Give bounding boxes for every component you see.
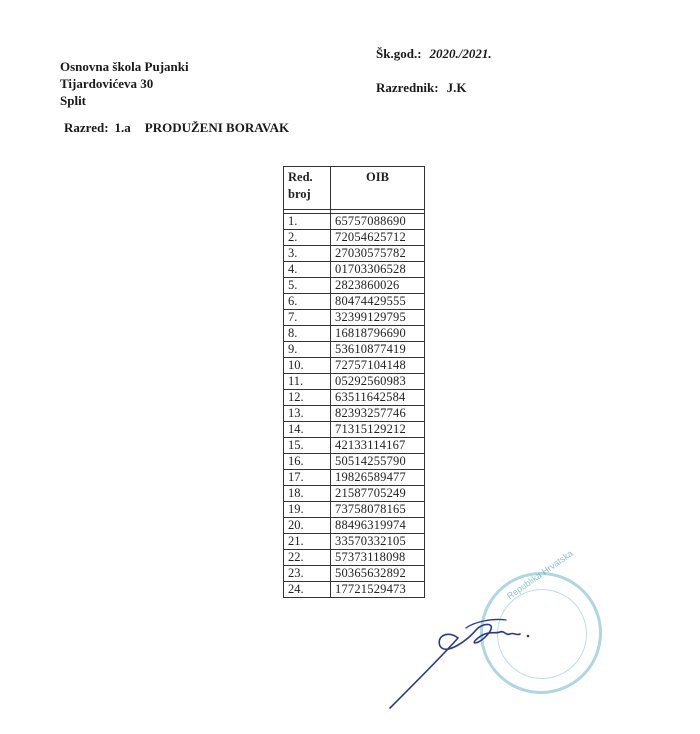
oib-table: Red.broj OIB 1.657570886902.720546257123…: [283, 166, 425, 598]
row-oib: 65757088690: [331, 214, 425, 230]
table-row: 5.2823860026: [284, 278, 425, 294]
row-oib: 2823860026: [331, 278, 425, 294]
table-row: 3.27030575782: [284, 246, 425, 262]
school-city: Split: [60, 92, 189, 109]
class-teacher: Razrednik:J.K: [376, 80, 466, 96]
row-oib: 27030575782: [331, 246, 425, 262]
row-oib: 57373118098: [331, 550, 425, 566]
row-oib: 72054625712: [331, 230, 425, 246]
row-oib: 33570332105: [331, 534, 425, 550]
row-number: 24.: [284, 582, 331, 598]
table-row: 6.80474429555: [284, 294, 425, 310]
program-name: PRODUŽENI BORAVAK: [145, 120, 289, 135]
table-row: 16.50514255790: [284, 454, 425, 470]
table-header-row: Red.broj OIB: [284, 167, 425, 210]
table-row: 18.21587705249: [284, 486, 425, 502]
table-row: 4.01703306528: [284, 262, 425, 278]
row-oib: 53610877419: [331, 342, 425, 358]
row-number: 20.: [284, 518, 331, 534]
row-oib: 17721529473: [331, 582, 425, 598]
row-oib: 63511642584: [331, 390, 425, 406]
row-number: 18.: [284, 486, 331, 502]
row-number: 21.: [284, 534, 331, 550]
row-number: 4.: [284, 262, 331, 278]
class-value: 1.a: [115, 120, 131, 135]
class-teacher-value: J.K: [447, 80, 467, 95]
row-oib: 72757104148: [331, 358, 425, 374]
column-header-oib: OIB: [331, 167, 425, 210]
class-teacher-label: Razrednik:: [376, 80, 439, 95]
row-oib: 80474429555: [331, 294, 425, 310]
row-number: 13.: [284, 406, 331, 422]
table-row: 21.33570332105: [284, 534, 425, 550]
table-row: 2.72054625712: [284, 230, 425, 246]
row-number: 16.: [284, 454, 331, 470]
row-oib: 50514255790: [331, 454, 425, 470]
table-row: 7.32399129795: [284, 310, 425, 326]
row-oib: 32399129795: [331, 310, 425, 326]
table-row: 17.19826589477: [284, 470, 425, 486]
row-oib: 19826589477: [331, 470, 425, 486]
column-header-number-line1: Red.: [288, 170, 313, 184]
row-number: 11.: [284, 374, 331, 390]
row-oib: 42133114167: [331, 438, 425, 454]
row-number: 23.: [284, 566, 331, 582]
school-year: Šk.god.:2020./2021.: [376, 46, 492, 62]
table-row: 12.63511642584: [284, 390, 425, 406]
school-year-value: 2020./2021.: [430, 46, 492, 61]
row-number: 8.: [284, 326, 331, 342]
row-oib: 05292560983: [331, 374, 425, 390]
table-row: 11.05292560983: [284, 374, 425, 390]
table-row: 13.82393257746: [284, 406, 425, 422]
signature: [388, 600, 568, 710]
table-row: 19.73758078165: [284, 502, 425, 518]
table-row: 24.17721529473: [284, 582, 425, 598]
row-number: 14.: [284, 422, 331, 438]
row-number: 10.: [284, 358, 331, 374]
row-number: 6.: [284, 294, 331, 310]
row-oib: 73758078165: [331, 502, 425, 518]
row-number: 15.: [284, 438, 331, 454]
row-number: 22.: [284, 550, 331, 566]
table-row: 1.65757088690: [284, 214, 425, 230]
row-number: 12.: [284, 390, 331, 406]
table-row: 15.42133114167: [284, 438, 425, 454]
row-number: 17.: [284, 470, 331, 486]
table-row: 23.50365632892: [284, 566, 425, 582]
school-info: Osnovna škola Pujanki Tijardovićeva 30 S…: [60, 58, 189, 109]
table-row: 8.16818796690: [284, 326, 425, 342]
column-header-number: Red.broj: [284, 167, 331, 210]
row-oib: 88496319974: [331, 518, 425, 534]
table-row: 20.88496319974: [284, 518, 425, 534]
school-year-label: Šk.god.:: [376, 46, 422, 61]
row-number: 9.: [284, 342, 331, 358]
row-number: 7.: [284, 310, 331, 326]
table-body: 1.657570886902.720546257123.270305757824…: [284, 210, 425, 598]
row-oib: 50365632892: [331, 566, 425, 582]
school-name: Osnovna škola Pujanki: [60, 58, 189, 75]
column-header-number-line2: broj: [288, 187, 311, 201]
row-oib: 16818796690: [331, 326, 425, 342]
row-number: 5.: [284, 278, 331, 294]
class-line: Razred:1.aPRODUŽENI BORAVAK: [64, 120, 289, 136]
table-row: 22.57373118098: [284, 550, 425, 566]
table-row: 10.72757104148: [284, 358, 425, 374]
school-address: Tijardovićeva 30: [60, 75, 189, 92]
row-oib: 71315129212: [331, 422, 425, 438]
row-oib: 21587705249: [331, 486, 425, 502]
table-row: 9.53610877419: [284, 342, 425, 358]
row-number: 1.: [284, 214, 331, 230]
table-row: 14.71315129212: [284, 422, 425, 438]
row-number: 3.: [284, 246, 331, 262]
row-number: 19.: [284, 502, 331, 518]
row-number: 2.: [284, 230, 331, 246]
row-oib: 82393257746: [331, 406, 425, 422]
class-label: Razred:: [64, 120, 109, 135]
row-oib: 01703306528: [331, 262, 425, 278]
